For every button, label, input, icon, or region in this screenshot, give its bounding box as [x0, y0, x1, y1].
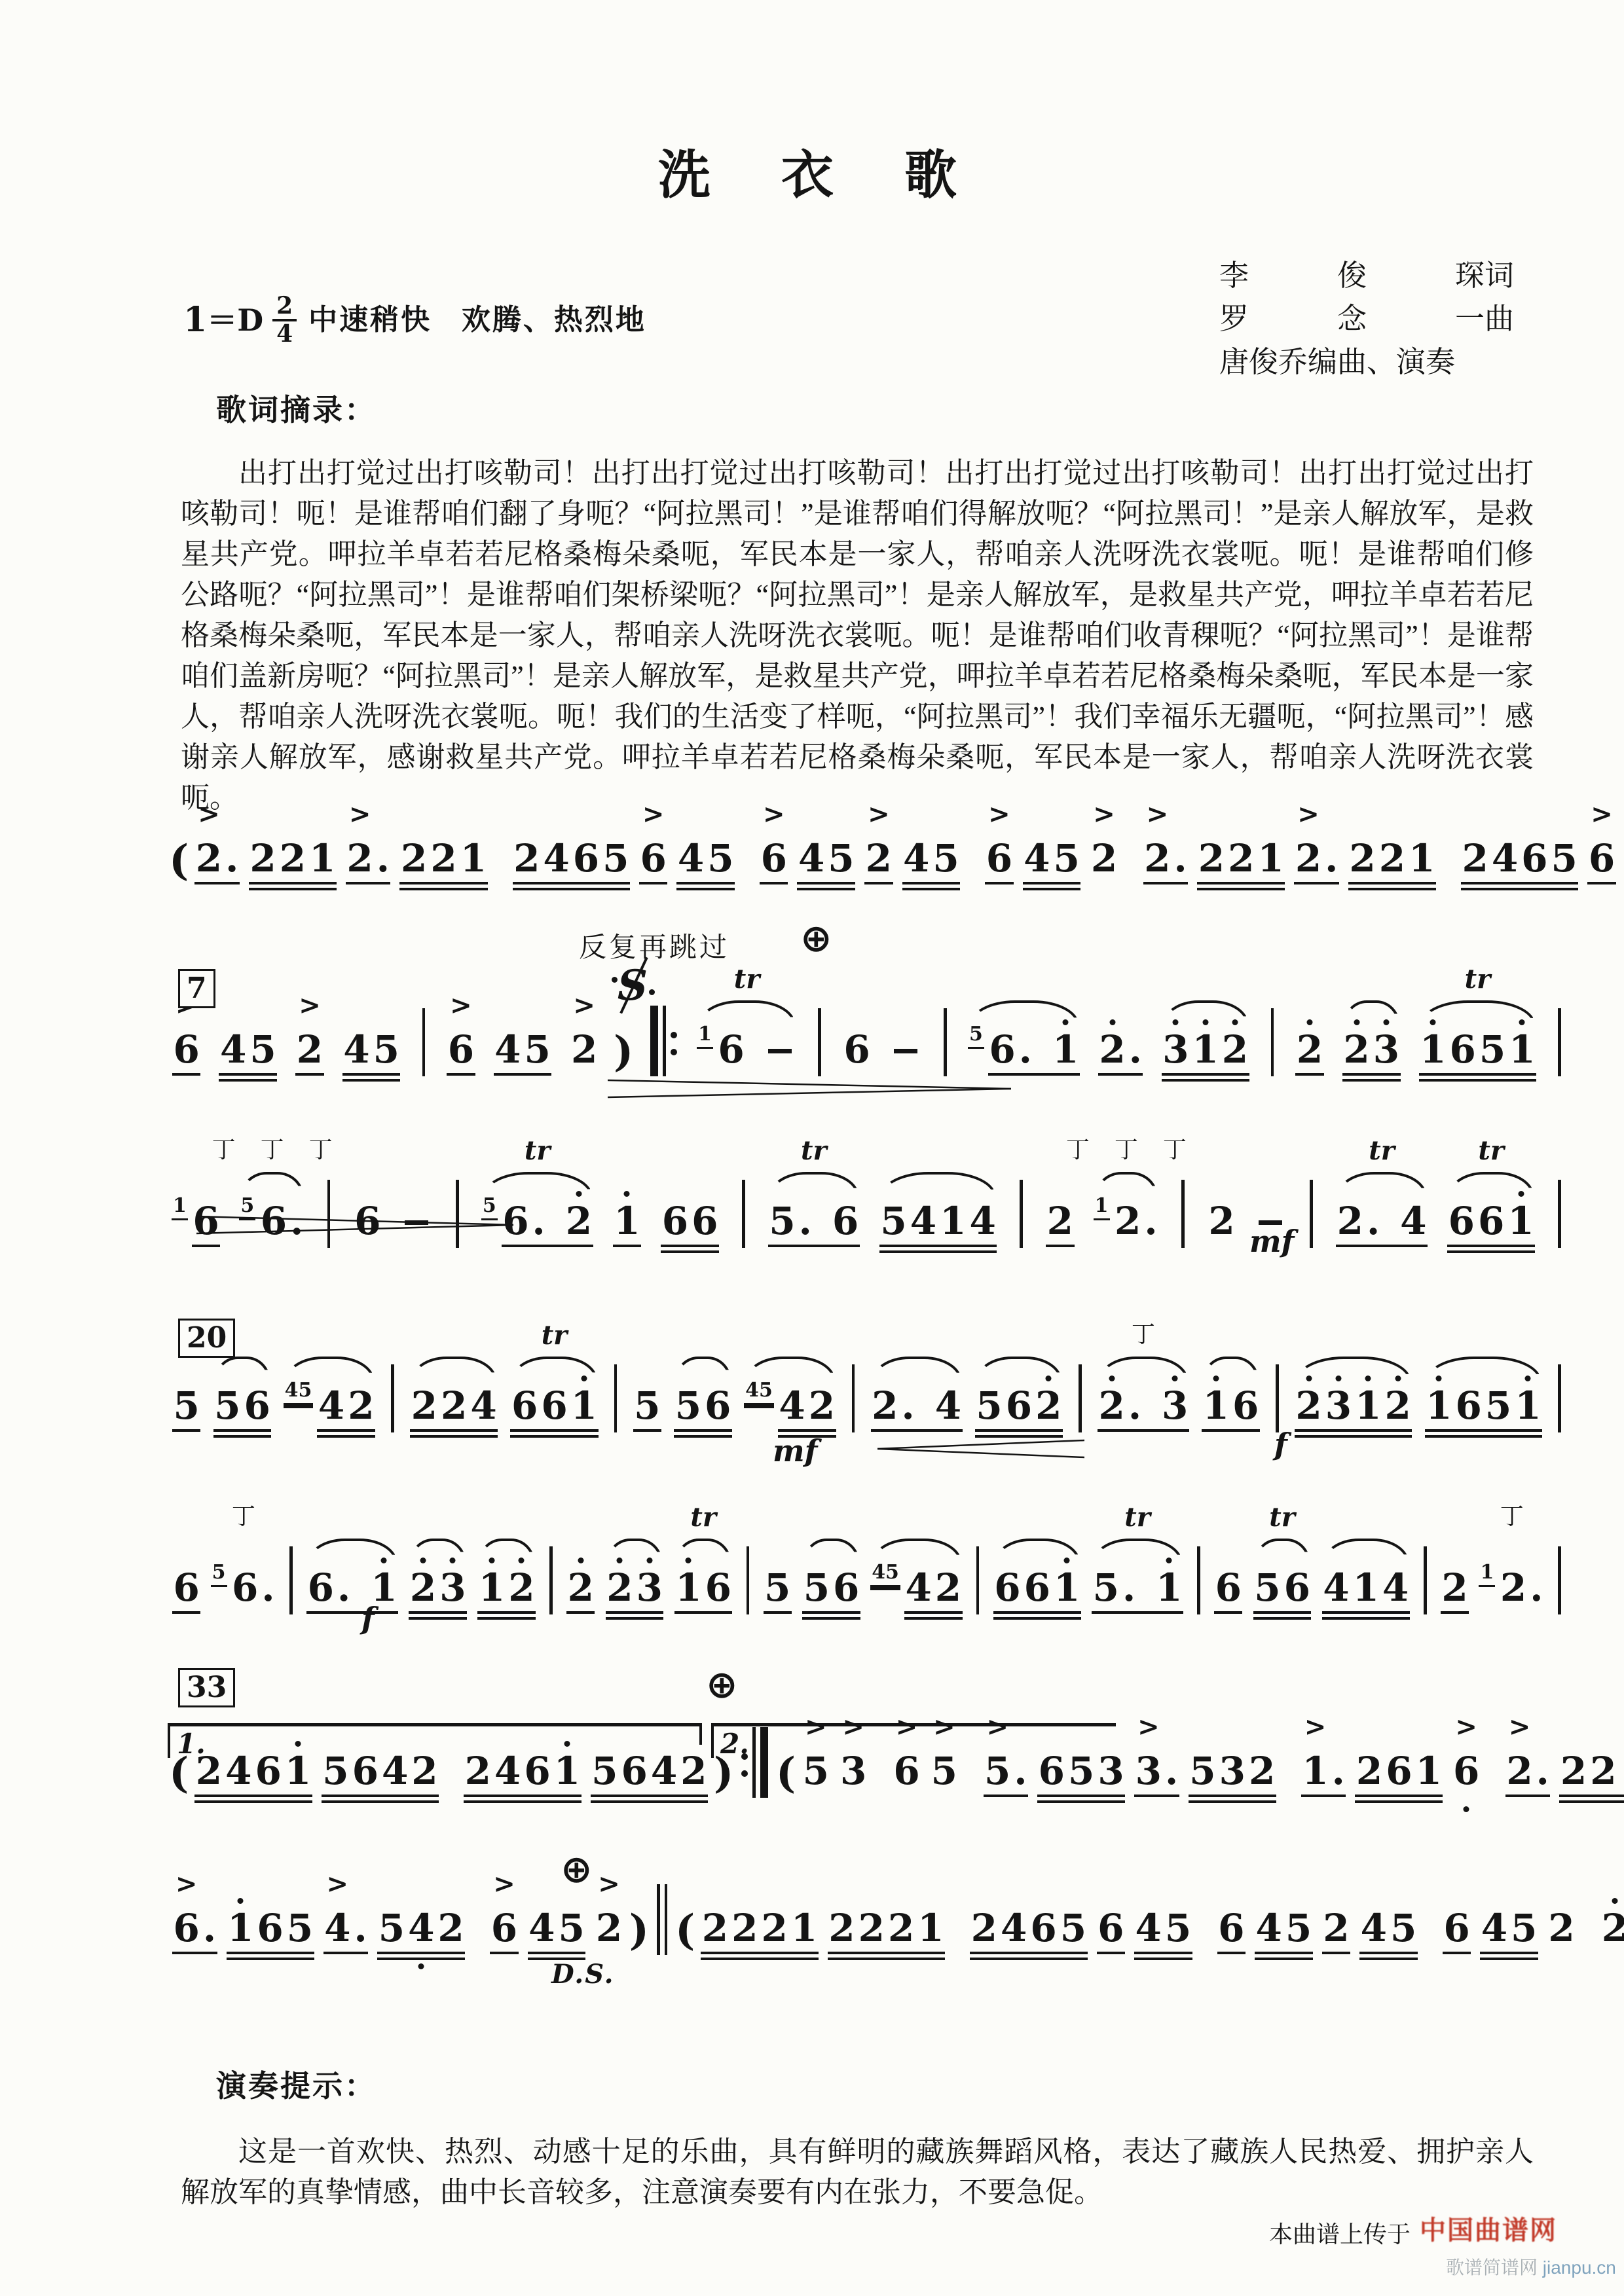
note-char: 2 — [1220, 1029, 1249, 1070]
beam-line — [1355, 1795, 1443, 1798]
key-signature: 1＝D24中速稍快 欢腾、热烈地 — [183, 293, 646, 346]
beam-line — [1419, 1073, 1536, 1076]
note-digit: 2 — [1462, 836, 1488, 881]
note-char: 2 — [1207, 1201, 1236, 1241]
credit-composer: 罗 念 一曲 — [1219, 297, 1514, 340]
slur-arc — [1254, 1539, 1311, 1563]
beam-line — [676, 882, 735, 885]
note-digit: . — [1332, 1749, 1345, 1793]
grace-note: 5 — [211, 1562, 227, 1587]
beam-line — [1023, 882, 1081, 885]
note-char: 1 — [1418, 1029, 1448, 1070]
note-char: >2 — [864, 838, 893, 879]
note-digit: 4 — [543, 836, 569, 881]
note-char: 6 — [987, 1029, 1017, 1070]
note-char: . — [900, 1385, 916, 1426]
note-cluster: >6 — [446, 1029, 475, 1070]
beam-line — [764, 1611, 792, 1614]
trill-mark: tr — [1369, 1138, 1395, 1164]
note-char: 5 — [1477, 1029, 1507, 1070]
slur-arc — [675, 1539, 732, 1563]
credit-lyricist: 李 俊 琛词 — [1219, 254, 1514, 297]
beam-line — [399, 882, 487, 885]
note-cluster: 2.4 — [870, 1385, 963, 1426]
note-char: 2 — [1227, 838, 1256, 879]
note-digit: 2 — [1356, 1749, 1382, 1793]
note-digit: 4 — [903, 836, 929, 881]
slur-arc — [880, 1172, 996, 1197]
note-cluster: 2312 — [1294, 1385, 1412, 1426]
note-cluster: 56 — [213, 1385, 272, 1426]
note-digit: 1 — [1620, 1749, 1624, 1793]
note-cluster: 45 — [1134, 1908, 1193, 1948]
note-digit: 5 — [769, 1199, 795, 1243]
note-cluster: 221 — [1196, 838, 1285, 879]
beam-line — [1425, 1429, 1542, 1432]
note-digit: 4 — [1492, 836, 1518, 881]
note-digit: 1 — [1515, 1383, 1541, 1428]
beam-line — [661, 1250, 719, 1254]
note-char: 2 — [512, 838, 542, 879]
beam-line — [213, 1435, 272, 1438]
note-digit: 2 — [872, 1383, 898, 1428]
note-digit: 6 — [1455, 1383, 1481, 1428]
note-digit: 6 — [511, 1383, 538, 1428]
note-digits: 165 — [226, 1908, 315, 1948]
note-char: 2 — [1600, 1908, 1624, 1948]
note-digits: 23 — [605, 1567, 665, 1608]
note-cluster: 224 — [409, 1385, 498, 1426]
note-digit: 6 — [1443, 1906, 1469, 1950]
note-digit: 5 — [378, 1906, 405, 1950]
note-digits: 12 — [477, 1567, 536, 1608]
note-char: >2 — [1143, 838, 1172, 879]
beam-line — [1162, 1079, 1249, 1082]
beam-line — [317, 1435, 375, 1438]
note-char: . — [1127, 1029, 1143, 1070]
note-char: >6 — [172, 1029, 201, 1070]
duration-dash — [894, 1049, 917, 1053]
note-digits: 56 — [213, 1385, 272, 1426]
note-digit: 4 — [905, 1565, 931, 1610]
note-digits: 221 — [248, 838, 337, 879]
beam-line — [1189, 1795, 1276, 1798]
beam-line — [1480, 1952, 1538, 1955]
note-char: 3 — [1323, 1385, 1353, 1426]
beam-line — [494, 1073, 552, 1076]
note-cluster: 6 — [842, 1029, 923, 1070]
note-digit: 5 — [976, 1383, 1002, 1428]
note-digit: 2 — [1228, 836, 1254, 881]
note-char: 5 — [763, 1567, 792, 1608]
note-digits: 661 — [1447, 1201, 1536, 1241]
slur-arc — [769, 1172, 859, 1197]
note-char: 4 — [902, 838, 931, 879]
note-digits: 6 — [1096, 1908, 1126, 1948]
note-char: 4 — [1380, 1567, 1410, 1608]
note-cluster: 2465 — [969, 1908, 1088, 1948]
beam-line — [975, 1435, 1063, 1438]
note-digits: >6 — [759, 838, 788, 879]
note-char: 2 — [730, 1908, 760, 1948]
note-digit: 1 — [1192, 1027, 1218, 1072]
beam-line — [510, 1429, 598, 1432]
beam-line — [1046, 1245, 1074, 1248]
note-char: 6 — [1096, 1908, 1126, 1948]
note-digit: . — [225, 836, 238, 881]
beam-line — [1037, 1795, 1125, 1798]
bar-thin — [663, 1006, 666, 1076]
note-cluster: >6 — [759, 838, 788, 879]
accent-mark: > — [573, 993, 595, 1019]
note-digit: 2 — [1548, 1906, 1574, 1950]
note-digit: 1 — [571, 1383, 597, 1428]
beam-line — [1294, 882, 1339, 885]
note-digit: 4 — [343, 1027, 369, 1072]
beam-line — [1301, 1795, 1346, 1798]
note-char: 5 — [826, 838, 856, 879]
note-char: >6 — [638, 838, 668, 879]
note-char: 4 — [777, 1385, 807, 1426]
beam-line — [988, 1073, 1080, 1076]
beam-line — [1342, 1079, 1401, 1082]
note-char: 5 — [879, 1201, 908, 1241]
ornament-row: tr — [525, 1138, 551, 1164]
segno-dot — [612, 977, 618, 983]
note-digits: >4. — [323, 1908, 369, 1948]
note-char: >6 — [172, 1908, 201, 1948]
note-digit: 2 — [401, 836, 427, 881]
note-char: 2 — [1354, 1751, 1384, 1791]
note-char: 4 — [407, 1908, 436, 1948]
note-char: 2 — [1294, 1385, 1323, 1426]
note-digit: 2 — [1249, 1749, 1275, 1793]
note-digit: 2 — [1099, 1027, 1125, 1072]
note-digit: 1 — [1302, 1749, 1328, 1793]
note-digits: 261 — [1354, 1751, 1443, 1791]
note-char: 2 — [408, 1567, 437, 1608]
beam-line — [213, 1429, 272, 1432]
note-digit: 4 — [1481, 1906, 1507, 1950]
note-digit: 2 — [1379, 836, 1405, 881]
barline — [852, 1364, 855, 1432]
beam-line — [1587, 882, 1615, 885]
note-char: >4 — [323, 1908, 352, 1948]
accent-mark: > — [450, 993, 472, 1019]
accent-mark: > — [988, 801, 1010, 828]
note-char: 2 — [1196, 838, 1226, 879]
beam-line — [606, 1617, 664, 1620]
note-digits: 2 — [1321, 1908, 1351, 1948]
note-char: 1 — [1256, 838, 1285, 879]
beam-line — [674, 1435, 732, 1438]
note-digit: 2 — [1222, 1027, 1248, 1072]
note-char: 3 — [635, 1567, 664, 1608]
ornament-row: tr — [801, 1138, 827, 1164]
note-digit: 2 — [280, 836, 306, 881]
note-char: 1 — [612, 1201, 642, 1241]
note-digit: 2 — [1384, 1383, 1411, 1428]
note-cluster: 6 — [1217, 1908, 1246, 1948]
note-digit: 2 — [411, 1383, 437, 1428]
note-digit: 4 — [408, 1906, 434, 1950]
key-tonic: D — [237, 304, 263, 337]
note-cluster: 2 — [1547, 1908, 1576, 1948]
note-char: 2 — [827, 1908, 857, 1948]
measure-number-box: 33 — [178, 1668, 235, 1707]
note-digit: 2 — [196, 836, 222, 881]
note-digit: 1 — [791, 1906, 817, 1950]
note-cluster: >2 — [594, 1908, 623, 1948]
beam-line — [227, 1958, 314, 1961]
coda-sign: ⊕ — [800, 919, 832, 957]
note-char: 2 — [346, 1385, 376, 1426]
note-cluster: >6 — [172, 1029, 201, 1070]
note-cluster: 661 — [993, 1567, 1082, 1608]
note-cluster: 5414 — [879, 1201, 997, 1241]
note-cluster: >6 — [1587, 838, 1616, 879]
beam-line — [502, 1245, 593, 1248]
duration-dash — [768, 1049, 792, 1053]
note-digit: 2 — [858, 1906, 885, 1950]
note-digits: 2.3 — [1097, 1385, 1190, 1426]
note-digits: 45 — [1359, 1908, 1418, 1948]
note-char: 4 — [1359, 1908, 1388, 1948]
note-char: 6 — [1029, 1908, 1058, 1948]
accent-mark: > — [175, 1871, 198, 1897]
note-char: 2 — [436, 1908, 466, 1948]
beam-line — [1255, 1958, 1313, 1961]
beam-line — [377, 1958, 465, 1961]
note-digit: 4 — [969, 1199, 995, 1243]
slur-arc — [511, 1357, 597, 1381]
note-char: >2 — [1505, 1751, 1534, 1791]
note-char: 1 — [1351, 1567, 1380, 1608]
note-digits: 221 — [1348, 838, 1437, 879]
note-char: 6 — [993, 1567, 1022, 1608]
accent-mark: > — [598, 1871, 620, 1897]
barline — [976, 1546, 980, 1614]
note-char: 4 — [527, 1908, 557, 1948]
note-char: 2 — [1547, 1908, 1576, 1948]
note-digits: 2 — [566, 1567, 595, 1608]
slur-arc — [674, 1357, 731, 1381]
note-cluster: 2465 — [512, 838, 631, 879]
note-digits: 45 — [902, 838, 961, 879]
note-char: 6 — [1022, 1567, 1052, 1608]
note-digit: 1 — [1054, 1565, 1080, 1610]
note-char: 6 — [1384, 1751, 1414, 1791]
note-digit: 2 — [1208, 1199, 1234, 1243]
beam-line — [249, 882, 337, 885]
note-char: 1 — [226, 1908, 255, 1948]
note-cluster: >2. — [345, 838, 392, 879]
note-digit: 2 — [1500, 1565, 1526, 1610]
note-char: 2 — [933, 1567, 963, 1608]
note-digit: 3 — [1162, 1027, 1189, 1072]
slur-arc — [409, 1539, 466, 1563]
beam-line — [993, 1617, 1081, 1620]
note-digit: 5 — [1285, 1906, 1312, 1950]
note-digit: 2 — [1323, 1906, 1349, 1950]
note-char: 5 — [1058, 1908, 1088, 1948]
note-cluster: 45 — [1254, 1908, 1314, 1948]
note-cluster: >2. — [1143, 838, 1189, 879]
parenthesis: ) — [614, 1029, 633, 1075]
beam-line — [322, 1795, 439, 1798]
note-char: 1 — [789, 1908, 819, 1948]
footer-upload-text: 本曲谱上传于 — [1269, 2221, 1411, 2248]
note-digit: 3 — [1325, 1383, 1352, 1428]
note-digit: 2 — [828, 1906, 855, 1950]
note-digits: 2 — [1547, 1908, 1576, 1948]
note-digit: . — [1128, 1383, 1141, 1428]
note-digit: 6 — [1284, 1565, 1310, 1610]
beam-line — [1425, 1435, 1542, 1438]
note-cluster: 23 — [605, 1567, 665, 1608]
barline — [818, 1008, 821, 1076]
note-cluster: 6 — [172, 1567, 201, 1608]
note-digit: 4 — [528, 1906, 555, 1950]
octave-dot-low — [1464, 1806, 1469, 1812]
beam-line — [1336, 1245, 1428, 1248]
slur-arc — [606, 1539, 663, 1563]
note-digit: 2 — [348, 1383, 374, 1428]
note-cluster: 6.1 — [306, 1567, 399, 1608]
note-char: 4 — [999, 1908, 1029, 1948]
note-digit: 5 — [932, 836, 959, 881]
note-digit: 6 — [986, 836, 1012, 881]
note-cluster: 16tr — [697, 1029, 797, 1070]
hairpin-cresc — [877, 1439, 1084, 1462]
note-digit: 5 — [1165, 1906, 1191, 1950]
beam-line — [993, 1611, 1081, 1614]
note-digits: 23 — [1342, 1029, 1401, 1070]
ornament-row: tr — [542, 1322, 568, 1349]
note-digit: 2 — [513, 836, 540, 881]
note-cluster: 2221 — [700, 1908, 819, 1948]
note-digit: 3 — [637, 1565, 663, 1610]
note-cluster: 16 — [1201, 1385, 1261, 1426]
note-digits: 6 — [1217, 1908, 1246, 1948]
note-cluster: 45 — [1479, 1908, 1539, 1948]
note-digit: 5 — [249, 1027, 276, 1072]
notation-system: 656.丁6.1231222316tr55645426615.1tr656tr4… — [168, 1559, 1569, 1608]
note-digit: 5 — [1060, 1906, 1086, 1950]
note-char: 5 — [767, 1201, 797, 1241]
barline — [1558, 1364, 1561, 1432]
note-char: 5 — [1388, 1908, 1418, 1948]
note-digit: 6 — [232, 1565, 258, 1610]
note-cluster: 45 — [1022, 838, 1082, 879]
accent-mark: > — [1509, 1714, 1531, 1740]
note-char: 4 — [1254, 1908, 1283, 1948]
barline — [1276, 1364, 1279, 1432]
note-char: 6 — [832, 1567, 861, 1608]
note-cluster: 23 — [408, 1567, 468, 1608]
beam-line — [409, 1617, 467, 1620]
accent-mark: > — [642, 801, 665, 828]
ornament-row: 丁丁丁 — [1066, 1138, 1187, 1161]
note-char: 2 — [1589, 1751, 1618, 1791]
beam-line — [984, 1795, 1029, 1798]
note-digits: 1651 — [1424, 1385, 1543, 1426]
beam-line — [1189, 1800, 1276, 1804]
note-char: 2 — [1440, 1567, 1469, 1608]
note-digit: 6 — [1450, 1027, 1476, 1072]
note-cluster: 261 — [1354, 1751, 1443, 1791]
note-digit: 2 — [410, 1565, 436, 1610]
note-digits: 2465 — [512, 838, 631, 879]
note-char: >6 — [1451, 1751, 1481, 1791]
barline — [289, 1546, 293, 1614]
note-digit: 2 — [1198, 836, 1225, 881]
note-char: 2 — [1348, 838, 1377, 879]
note-cluster: 5 — [763, 1567, 792, 1608]
note-cluster: 12.丁 — [1479, 1567, 1544, 1608]
note-digit: 6 — [573, 836, 599, 881]
note-digits: 661 — [509, 1385, 599, 1426]
beam-line — [477, 1611, 536, 1614]
note-char: 2 — [564, 1201, 593, 1241]
trill-mark: tr — [734, 966, 760, 993]
note-char: 4 — [968, 1201, 997, 1241]
note-digit: 4 — [1323, 1565, 1349, 1610]
note-char: >2 — [345, 838, 375, 879]
note-digit: 1 — [1257, 836, 1283, 881]
note-digits: >2 — [1089, 838, 1118, 879]
note-cluster: 12 — [477, 1567, 536, 1608]
note-char: . — [1365, 1201, 1381, 1241]
beam-line — [342, 1073, 401, 1076]
note-digit: 2 — [935, 1565, 961, 1610]
note-char: 1 — [569, 1385, 599, 1426]
beam-line — [477, 1617, 536, 1620]
note-char: 2 — [1377, 838, 1407, 879]
beam-line — [797, 888, 855, 891]
note-char: 6 — [716, 1029, 746, 1070]
note-digit: 5 — [803, 1565, 830, 1610]
note-char: 2 — [248, 838, 278, 879]
note-char: 1 — [1050, 1029, 1080, 1070]
barline — [1558, 1180, 1561, 1248]
note-cluster: 56 — [802, 1567, 861, 1608]
note-digits: >1. — [1301, 1751, 1347, 1791]
note-digits: >6 — [1451, 1751, 1481, 1791]
grace-note: 1 — [1479, 1562, 1495, 1587]
note-char: 1 — [1414, 1751, 1443, 1791]
barline — [1020, 1180, 1023, 1248]
note-digits: >6 — [172, 1029, 201, 1070]
note-char: 5 — [285, 1908, 314, 1948]
flutter-mark: 丁 — [212, 1138, 236, 1161]
note-digit: 6 — [1478, 1199, 1504, 1243]
note-cluster: 2. — [1098, 1029, 1144, 1070]
note-char: 6 — [540, 1385, 569, 1426]
note-digit: 6 — [833, 1565, 859, 1610]
note-char: 1 — [916, 1908, 946, 1948]
note-digits: 6 — [716, 1029, 797, 1070]
note-digit: 5 — [764, 1565, 790, 1610]
note-digit: 2 — [702, 1906, 728, 1950]
note-char: 2 — [1383, 1385, 1412, 1426]
note-digit: 2 — [441, 1383, 467, 1428]
note-digit: . — [532, 1199, 545, 1243]
note-digit: 6 — [1386, 1749, 1412, 1793]
note-digit: 6 — [705, 1383, 731, 1428]
octave-dot-high — [238, 1898, 244, 1904]
note-cluster: >2 — [864, 838, 893, 879]
